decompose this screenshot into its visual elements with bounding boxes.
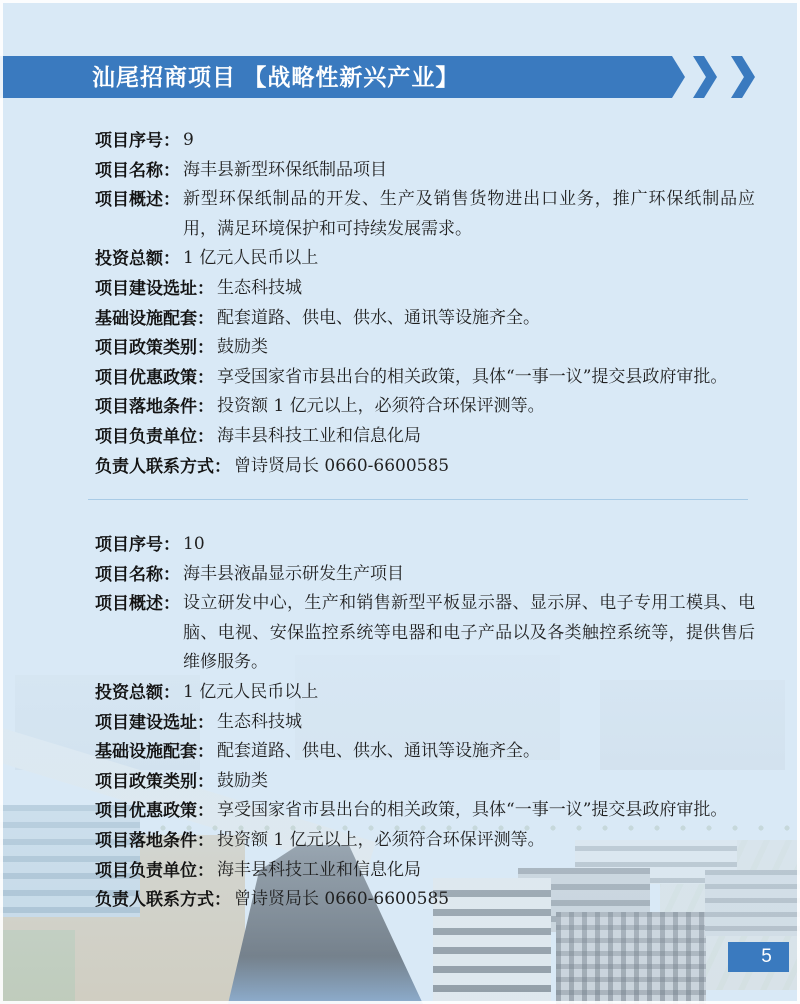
field-value: 配套道路、供电、供水、通讯等设施齐全。: [214, 304, 755, 334]
field-value: 生态科技城: [214, 274, 755, 304]
field-value: 9: [180, 126, 755, 156]
field-row-project-name: 项目名称： 海丰县液晶显示研发生产项目: [95, 560, 755, 590]
field-row-preferential-policy: 项目优惠政策： 享受国家省市县出台的相关政策，具体“一事一议”提交县政府审批。: [95, 363, 755, 393]
field-row-landing-conditions: 项目落地条件： 投资额 1 亿元以上，必须符合环保评测等。: [95, 392, 755, 422]
header-banner: 汕尾招商项目 【战略性新兴产业】: [0, 56, 685, 98]
field-row-responsible-unit: 项目负责单位： 海丰县科技工业和信息化局: [95, 422, 755, 452]
field-value: 海丰县新型环保纸制品项目: [180, 156, 755, 186]
field-value: 新型环保纸制品的开发、生产及销售货物进出口业务，推广环保纸制品应用，满足环境保护…: [180, 185, 755, 244]
page-title: 汕尾招商项目 【战略性新兴产业】: [92, 56, 459, 98]
field-value: 曾诗贤局长 0660-6600585: [231, 452, 755, 482]
field-value: 享受国家省市县出台的相关政策，具体“一事一议”提交县政府审批。: [214, 796, 755, 826]
field-label: 项目建设选址：: [95, 274, 214, 304]
field-label: 项目优惠政策：: [95, 363, 214, 393]
project-block-10: 项目序号： 10 项目名称： 海丰县液晶显示研发生产项目 项目概述： 设立研发中…: [95, 530, 755, 915]
document-page: 汕尾招商项目 【战略性新兴产业】 项目序号： 9 项目名称： 海丰县新型环保纸制…: [0, 0, 800, 1004]
field-value: 鼓励类: [214, 333, 755, 363]
field-row-policy-category: 项目政策类别： 鼓励类: [95, 767, 755, 797]
field-row-project-number: 项目序号： 10: [95, 530, 755, 560]
field-label: 项目名称：: [95, 560, 180, 590]
page-number-badge: 5: [728, 942, 789, 972]
field-label: 项目序号：: [95, 530, 180, 560]
field-value: 鼓励类: [214, 767, 755, 797]
field-value: 投资额 1 亿元以上，必须符合环保评测等。: [214, 392, 755, 422]
field-label: 基础设施配套：: [95, 737, 214, 767]
field-row-project-overview: 项目概述： 新型环保纸制品的开发、生产及销售货物进出口业务，推广环保纸制品应用，…: [95, 185, 755, 244]
field-row-project-name: 项目名称： 海丰县新型环保纸制品项目: [95, 156, 755, 186]
field-label: 项目概述：: [95, 185, 180, 244]
field-row-project-overview: 项目概述： 设立研发中心，生产和销售新型平板显示器、显示屏、电子专用工模具、电脑…: [95, 589, 755, 678]
field-value: 10: [180, 530, 755, 560]
field-value: 1 亿元人民币以上: [180, 678, 755, 708]
field-row-responsible-unit: 项目负责单位： 海丰县科技工业和信息化局: [95, 856, 755, 886]
field-label: 负责人联系方式：: [95, 452, 231, 482]
field-row-contact-info: 负责人联系方式： 曾诗贤局长 0660-6600585: [95, 885, 755, 915]
field-label: 项目优惠政策：: [95, 796, 214, 826]
field-value: 配套道路、供电、供水、通讯等设施齐全。: [214, 737, 755, 767]
field-label: 项目序号：: [95, 126, 180, 156]
field-label: 项目负责单位：: [95, 422, 214, 452]
field-value: 曾诗贤局长 0660-6600585: [231, 885, 755, 915]
field-label: 项目概述：: [95, 589, 180, 678]
field-label: 项目负责单位：: [95, 856, 214, 886]
chevron-right-icon: [731, 56, 755, 98]
field-row-total-investment: 投资总额： 1 亿元人民币以上: [95, 244, 755, 274]
field-value: 设立研发中心，生产和销售新型平板显示器、显示屏、电子专用工模具、电脑、电视、安保…: [180, 589, 755, 678]
field-label: 项目政策类别：: [95, 333, 214, 363]
field-label: 项目政策类别：: [95, 767, 214, 797]
field-value: 海丰县科技工业和信息化局: [214, 856, 755, 886]
field-value: 投资额 1 亿元以上，必须符合环保评测等。: [214, 826, 755, 856]
field-label: 负责人联系方式：: [95, 885, 231, 915]
project-block-9: 项目序号： 9 项目名称： 海丰县新型环保纸制品项目 项目概述： 新型环保纸制品…: [95, 126, 755, 481]
field-row-landing-conditions: 项目落地条件： 投资额 1 亿元以上，必须符合环保评测等。: [95, 826, 755, 856]
field-label: 项目名称：: [95, 156, 180, 186]
field-value: 享受国家省市县出台的相关政策，具体“一事一议”提交县政府审批。: [214, 363, 755, 393]
field-row-total-investment: 投资总额： 1 亿元人民币以上: [95, 678, 755, 708]
field-row-site-location: 项目建设选址： 生态科技城: [95, 274, 755, 304]
field-row-contact-info: 负责人联系方式： 曾诗贤局长 0660-6600585: [95, 452, 755, 482]
field-label: 投资总额：: [95, 244, 180, 274]
field-row-preferential-policy: 项目优惠政策： 享受国家省市县出台的相关政策，具体“一事一议”提交县政府审批。: [95, 796, 755, 826]
field-row-policy-category: 项目政策类别： 鼓励类: [95, 333, 755, 363]
field-value: 1 亿元人民币以上: [180, 244, 755, 274]
field-value: 海丰县科技工业和信息化局: [214, 422, 755, 452]
field-label: 项目落地条件：: [95, 392, 214, 422]
chevron-right-icon: [693, 56, 717, 98]
field-label: 投资总额：: [95, 678, 180, 708]
field-row-infrastructure: 基础设施配套： 配套道路、供电、供水、通讯等设施齐全。: [95, 737, 755, 767]
field-value: 生态科技城: [214, 708, 755, 738]
field-row-project-number: 项目序号： 9: [95, 126, 755, 156]
field-row-site-location: 项目建设选址： 生态科技城: [95, 708, 755, 738]
field-label: 项目建设选址：: [95, 708, 214, 738]
field-row-infrastructure: 基础设施配套： 配套道路、供电、供水、通讯等设施齐全。: [95, 304, 755, 334]
section-divider: [88, 499, 748, 500]
field-label: 基础设施配套：: [95, 304, 214, 334]
field-value: 海丰县液晶显示研发生产项目: [180, 560, 755, 590]
field-label: 项目落地条件：: [95, 826, 214, 856]
